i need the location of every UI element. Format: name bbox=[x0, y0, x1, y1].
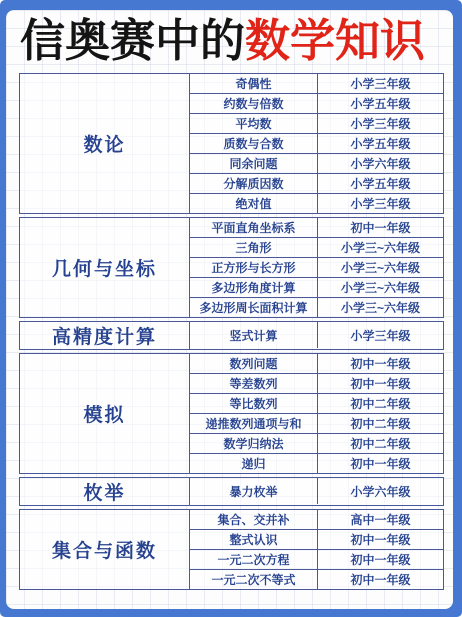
title-red-segment: 数学知识 bbox=[245, 15, 425, 66]
category-section: 几何与坐标平面直角坐标系初中一年级三角形小学三~六年级正方形与长方形小学三~六年… bbox=[19, 217, 444, 318]
table-row: 竖式计算小学三年级 bbox=[190, 322, 443, 348]
topic-cell: 多边形周长面积计算 bbox=[190, 298, 318, 317]
table-row: 绝对值小学三年级 bbox=[190, 193, 443, 213]
grade-cell: 初中一年级 bbox=[318, 374, 443, 393]
table-row: 集合、交并补高中一年级 bbox=[190, 510, 443, 529]
topic-cell: 竖式计算 bbox=[190, 322, 318, 348]
section-rows: 暴力枚举小学六年级 bbox=[190, 478, 443, 505]
category-cell: 模拟 bbox=[20, 354, 190, 473]
category-cell: 几何与坐标 bbox=[20, 218, 190, 317]
table-row: 奇偶性小学三年级 bbox=[190, 74, 443, 93]
grade-cell: 初中一年级 bbox=[318, 530, 443, 549]
page-title: 信奥赛中的数学知识 bbox=[20, 12, 453, 70]
category-section: 模拟数列问题初中一年级等差数列初中一年级等比数列初中二年级递推数列通项与和初中二… bbox=[19, 353, 444, 474]
title-black-segment: 信奥赛中的 bbox=[20, 15, 245, 66]
table-row: 等差数列初中一年级 bbox=[190, 373, 443, 393]
topic-cell: 数列问题 bbox=[190, 354, 318, 373]
grade-cell: 小学三年级 bbox=[318, 114, 443, 133]
table-row: 正方形与长方形小学三~六年级 bbox=[190, 257, 443, 277]
grade-cell: 初中二年级 bbox=[318, 394, 443, 413]
grade-cell: 小学五年级 bbox=[318, 174, 443, 193]
topic-cell: 质数与合数 bbox=[190, 134, 318, 153]
table-row: 质数与合数小学五年级 bbox=[190, 133, 443, 153]
grade-cell: 小学五年级 bbox=[318, 134, 443, 153]
table-row: 递推数列通项与和初中二年级 bbox=[190, 413, 443, 433]
grade-cell: 小学六年级 bbox=[318, 478, 443, 504]
section-rows: 数列问题初中一年级等差数列初中一年级等比数列初中二年级递推数列通项与和初中二年级… bbox=[190, 354, 443, 473]
topic-cell: 平均数 bbox=[190, 114, 318, 133]
category-section: 数论奇偶性小学三年级约数与倍数小学五年级平均数小学三年级质数与合数小学五年级同余… bbox=[19, 73, 444, 214]
topic-cell: 等差数列 bbox=[190, 374, 318, 393]
category-section: 集合与函数集合、交并补高中一年级整式认识初中一年级一元二次方程初中一年级一元二次… bbox=[19, 509, 444, 590]
table-row: 平面直角坐标系初中一年级 bbox=[190, 218, 443, 237]
section-rows: 平面直角坐标系初中一年级三角形小学三~六年级正方形与长方形小学三~六年级多边形角… bbox=[190, 218, 443, 317]
table-row: 数学归纳法初中二年级 bbox=[190, 433, 443, 453]
grade-cell: 初中二年级 bbox=[318, 434, 443, 453]
poster-frame: 信奥赛中的数学知识 数论奇偶性小学三年级约数与倍数小学五年级平均数小学三年级质数… bbox=[0, 0, 462, 617]
table-row: 同余问题小学六年级 bbox=[190, 153, 443, 173]
table-row: 暴力枚举小学六年级 bbox=[190, 478, 443, 504]
category-cell: 高精度计算 bbox=[20, 322, 190, 349]
category-section: 高精度计算竖式计算小学三年级 bbox=[19, 321, 444, 350]
topic-cell: 平面直角坐标系 bbox=[190, 218, 318, 237]
grade-cell: 初中二年级 bbox=[318, 414, 443, 433]
category-cell: 数论 bbox=[20, 74, 190, 213]
table-row: 等比数列初中二年级 bbox=[190, 393, 443, 413]
topic-cell: 递归 bbox=[190, 454, 318, 473]
topic-cell: 同余问题 bbox=[190, 154, 318, 173]
table-row: 约数与倍数小学五年级 bbox=[190, 93, 443, 113]
category-section: 枚举暴力枚举小学六年级 bbox=[19, 477, 444, 506]
grade-cell: 小学六年级 bbox=[318, 154, 443, 173]
topic-cell: 分解质因数 bbox=[190, 174, 318, 193]
grade-cell: 初中一年级 bbox=[318, 354, 443, 373]
topic-cell: 整式认识 bbox=[190, 530, 318, 549]
topic-cell: 一元二次方程 bbox=[190, 550, 318, 569]
table-row: 多边形周长面积计算小学三~六年级 bbox=[190, 297, 443, 317]
grade-cell: 小学三年级 bbox=[318, 194, 443, 213]
topic-cell: 集合、交并补 bbox=[190, 510, 318, 529]
topic-cell: 等比数列 bbox=[190, 394, 318, 413]
topic-cell: 暴力枚举 bbox=[190, 478, 318, 504]
table-row: 分解质因数小学五年级 bbox=[190, 173, 443, 193]
grade-cell: 小学三~六年级 bbox=[318, 258, 443, 277]
grade-cell: 小学五年级 bbox=[318, 94, 443, 113]
table-row: 递归初中一年级 bbox=[190, 453, 443, 473]
table-row: 多边形角度计算小学三~六年级 bbox=[190, 277, 443, 297]
grade-cell: 初中一年级 bbox=[318, 454, 443, 473]
grade-cell: 小学三~六年级 bbox=[318, 238, 443, 257]
section-rows: 集合、交并补高中一年级整式认识初中一年级一元二次方程初中一年级一元二次不等式初中… bbox=[190, 510, 443, 589]
grade-cell: 初中一年级 bbox=[318, 218, 443, 237]
topic-cell: 递推数列通项与和 bbox=[190, 414, 318, 433]
grade-cell: 小学三年级 bbox=[318, 322, 443, 348]
topic-cell: 约数与倍数 bbox=[190, 94, 318, 113]
grade-cell: 初中一年级 bbox=[318, 550, 443, 569]
grade-cell: 小学三~六年级 bbox=[318, 298, 443, 317]
knowledge-table: 数论奇偶性小学三年级约数与倍数小学五年级平均数小学三年级质数与合数小学五年级同余… bbox=[19, 73, 444, 590]
topic-cell: 数学归纳法 bbox=[190, 434, 318, 453]
topic-cell: 正方形与长方形 bbox=[190, 258, 318, 277]
table-row: 整式认识初中一年级 bbox=[190, 529, 443, 549]
topic-cell: 奇偶性 bbox=[190, 74, 318, 93]
grade-cell: 高中一年级 bbox=[318, 510, 443, 529]
category-cell: 集合与函数 bbox=[20, 510, 190, 589]
section-rows: 竖式计算小学三年级 bbox=[190, 322, 443, 349]
topic-cell: 一元二次不等式 bbox=[190, 570, 318, 589]
table-row: 一元二次方程初中一年级 bbox=[190, 549, 443, 569]
grade-cell: 小学三年级 bbox=[318, 74, 443, 93]
category-cell: 枚举 bbox=[20, 478, 190, 505]
topic-cell: 多边形角度计算 bbox=[190, 278, 318, 297]
section-rows: 奇偶性小学三年级约数与倍数小学五年级平均数小学三年级质数与合数小学五年级同余问题… bbox=[190, 74, 443, 213]
table-row: 一元二次不等式初中一年级 bbox=[190, 569, 443, 589]
table-row: 平均数小学三年级 bbox=[190, 113, 443, 133]
table-row: 三角形小学三~六年级 bbox=[190, 237, 443, 257]
grade-cell: 小学三~六年级 bbox=[318, 278, 443, 297]
table-row: 数列问题初中一年级 bbox=[190, 354, 443, 373]
topic-cell: 三角形 bbox=[190, 238, 318, 257]
topic-cell: 绝对值 bbox=[190, 194, 318, 213]
poster-background: 信奥赛中的数学知识 数论奇偶性小学三年级约数与倍数小学五年级平均数小学三年级质数… bbox=[6, 10, 453, 609]
grade-cell: 初中一年级 bbox=[318, 570, 443, 589]
